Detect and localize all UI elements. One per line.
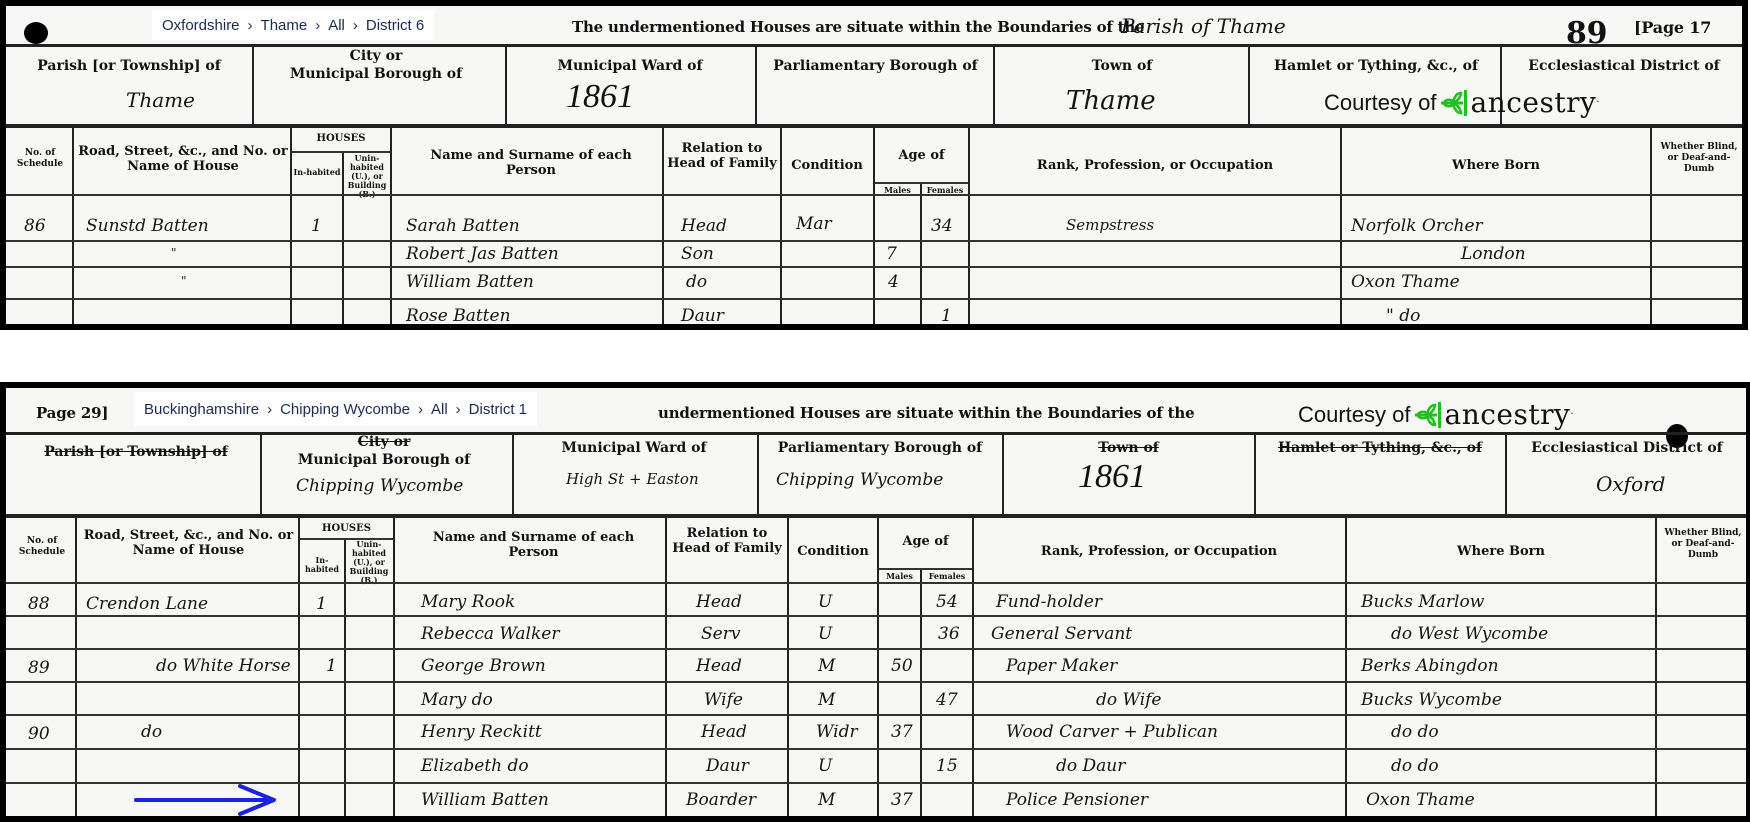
cell-schedule: 89 (28, 658, 50, 678)
ward-label: Municipal Ward of (510, 58, 750, 75)
cell-occupation: do Daur (1056, 756, 1125, 776)
divider (993, 46, 995, 124)
divider (787, 518, 789, 822)
col-inhabited: In-habited (300, 556, 344, 574)
col-occupation: Rank, Profession, or Occupation (974, 544, 1344, 559)
col-houses: HOUSES (292, 134, 390, 143)
cell-name: Elizabeth do (421, 756, 529, 776)
cell-male-age: 4 (888, 272, 899, 292)
cell-born: " do (1386, 306, 1420, 326)
cell-condition: M (818, 690, 835, 710)
breadcrumb-top: Oxfordshire › Thame › All › District 6 (152, 10, 434, 40)
breadcrumb-item-county[interactable]: Oxfordshire (162, 17, 240, 34)
cell-schedule: 88 (28, 594, 50, 614)
cell-born: London (1461, 244, 1526, 264)
divider (6, 266, 1742, 268)
cell-name: Rose Batten (406, 306, 511, 326)
cell-male-age: 50 (891, 656, 913, 676)
breadcrumb-item-all[interactable]: All (328, 17, 345, 34)
page-number: [Page 17 (1634, 18, 1711, 37)
ink-blot (24, 22, 48, 44)
divider (920, 182, 922, 330)
cell-relation: Serv (701, 624, 740, 644)
divider (6, 194, 1742, 196)
divider (6, 615, 1746, 617)
breadcrumb-item-place[interactable]: Chipping Wycombe (280, 401, 410, 418)
cell-male-age: 37 (891, 722, 913, 742)
divider (875, 182, 968, 184)
courtesy-ancestry: Courtesy of ancestry· (1298, 398, 1574, 431)
cell-female-age: 47 (936, 690, 958, 710)
cell-relation: Wife (704, 690, 743, 710)
ecclesiastical-value: Oxford (1596, 472, 1665, 496)
ancestry-brand: ancestry (1471, 86, 1597, 119)
year-value: 1861 (1078, 458, 1146, 496)
borough-label-top: City or (256, 48, 496, 65)
divider (252, 46, 254, 124)
borough-label-top: City or (264, 434, 504, 451)
cell-schedule: 90 (28, 724, 50, 744)
divider (1345, 518, 1347, 822)
col-blind: Whether Blind, or Deaf-and-Dumb (1654, 142, 1744, 175)
cell-condition: M (818, 656, 835, 676)
divider (505, 46, 507, 124)
col-name: Name and Surname of each Person (406, 148, 656, 178)
col-schedule: No. of Schedule (10, 536, 74, 558)
town-label: Town of (1006, 440, 1251, 457)
breadcrumb-item-district[interactable]: District 6 (366, 17, 424, 34)
col-condition: Condition (789, 544, 877, 559)
cell-relation: Head (696, 656, 742, 676)
cell-name: George Brown (421, 656, 546, 676)
cell-relation: Daur (706, 756, 749, 776)
cell-name: William Batten (406, 272, 534, 292)
chevron-right-icon: › (315, 17, 320, 34)
chevron-right-icon: › (353, 17, 358, 34)
col-uninhabited: Unin-habited (U.), or Building (B.) (344, 154, 390, 199)
divider (1002, 434, 1004, 514)
divider (6, 748, 1746, 750)
hamlet-label: Hamlet or Tything, &c., of (1252, 58, 1500, 75)
arrow-right-icon (132, 780, 282, 820)
cell-female-age: 34 (931, 216, 953, 236)
town-value: Thame (1066, 86, 1156, 116)
divider (1505, 434, 1507, 514)
parish-label: Parish [or Township] of (14, 58, 244, 75)
col-occupation: Rank, Profession, or Occupation (970, 158, 1340, 173)
cell-name: Robert Jas Batten (406, 244, 559, 264)
header-handwritten: Parish of Thame (1121, 14, 1286, 38)
cell-road: do (141, 722, 162, 742)
col-males: Males (879, 572, 920, 581)
col-blind: Whether Blind, or Deaf-and-Dumb (1658, 528, 1748, 561)
divider (972, 518, 974, 822)
year-value: 1861 (566, 78, 634, 116)
cell-born: do West Wycombe (1391, 624, 1548, 644)
cell-road: Crendon Lane (86, 594, 208, 614)
chevron-right-icon: › (456, 401, 461, 418)
census-image-top: Oxfordshire › Thame › All › District 6 T… (0, 0, 1748, 330)
courtesy-text: Courtesy of (1298, 402, 1411, 428)
col-born: Where Born (1342, 158, 1650, 173)
divider (6, 714, 1746, 716)
ancestry-leaf-icon (1413, 400, 1443, 430)
parish-value: Thame (126, 88, 195, 112)
cell-condition: Widr (816, 722, 858, 742)
cell-name: Rebecca Walker (421, 624, 559, 644)
cell-road: " (171, 246, 177, 260)
cell-inhabited: 1 (326, 656, 337, 676)
courtesy-text: Courtesy of (1324, 90, 1437, 116)
cell-occupation: Police Pensioner (1006, 790, 1148, 810)
divider (512, 434, 514, 514)
cell-name: Mary Rook (421, 592, 515, 612)
courtesy-ancestry: Courtesy of ancestry· (1324, 86, 1600, 119)
col-uninhabited: Unin-habited (U.), or Building (B.) (346, 540, 392, 585)
cell-born: Berks Abingdon (1361, 656, 1499, 676)
cell-occupation: do Wife (1096, 690, 1162, 710)
parliamentary-value: Chipping Wycombe (776, 470, 943, 490)
parliamentary-label: Parliamentary Borough of (761, 440, 999, 457)
divider (6, 582, 1746, 584)
cell-name: Henry Reckitt (421, 722, 542, 742)
cell-condition: U (818, 624, 832, 644)
col-houses: HOUSES (300, 524, 393, 533)
col-condition: Condition (782, 158, 872, 173)
col-born: Where Born (1347, 544, 1655, 559)
chevron-right-icon: › (248, 17, 253, 34)
col-females: Females (922, 572, 972, 581)
ward-label: Municipal Ward of (516, 440, 752, 457)
parish-label: Parish [or Township] of (16, 444, 256, 461)
divider (6, 681, 1746, 683)
cell-relation: Daur (681, 306, 724, 326)
page-header-text: The undermentioned Houses are situate wi… (572, 18, 1144, 36)
cell-relation: Head (701, 722, 747, 742)
divider (260, 434, 262, 514)
ancestry-leaf-icon (1439, 88, 1469, 118)
divider (75, 518, 77, 822)
col-relation: Relation to Head of Family (666, 141, 778, 171)
chevron-right-icon: › (418, 401, 423, 418)
cell-born: Bucks Wycombe (1361, 690, 1502, 710)
breadcrumb-bottom: Buckinghamshire › Chipping Wycombe › All… (134, 392, 537, 426)
breadcrumb-item-county[interactable]: Buckinghamshire (144, 401, 259, 418)
ecclesiastical-label: Ecclesiastical District of (1509, 440, 1745, 457)
col-name: Name and Surname of each Person (406, 530, 661, 560)
cell-female-age: 15 (936, 756, 958, 776)
cell-condition: U (818, 592, 832, 612)
ecclesiastical-label: Ecclesiastical District of (1504, 58, 1744, 75)
ancestry-brand: ancestry (1445, 398, 1571, 431)
borough-value: Chipping Wycombe (296, 476, 463, 496)
borough-label: Municipal Borough of (256, 66, 496, 83)
town-label: Town of (998, 58, 1246, 75)
cell-name: Mary do (421, 690, 493, 710)
borough-label: Municipal Borough of (264, 452, 504, 469)
col-road: Road, Street, &c., and No. or Name of Ho… (81, 528, 296, 558)
cell-born: Oxon Thame (1351, 272, 1460, 292)
cell-relation: Head (681, 216, 727, 236)
cell-female-age: 54 (936, 592, 958, 612)
divider (6, 514, 1746, 518)
cell-condition: U (818, 756, 832, 776)
divider (6, 648, 1746, 650)
col-road: Road, Street, &c., and No. or Name of Ho… (78, 144, 288, 174)
cell-female-age: 36 (938, 624, 960, 644)
divider (6, 44, 1742, 47)
cell-relation: Son (681, 244, 714, 264)
cell-schedule: 86 (24, 216, 46, 236)
cell-male-age: 7 (886, 244, 897, 264)
divider (6, 816, 1746, 818)
cell-condition: Mar (796, 214, 832, 234)
divider (1655, 518, 1657, 822)
chevron-right-icon: › (267, 401, 272, 418)
divider (393, 518, 395, 822)
col-inhabited: In-habited (292, 168, 342, 177)
breadcrumb-item-district[interactable]: District 1 (469, 401, 527, 418)
cell-born: Norfolk Orcher (1351, 216, 1483, 236)
cell-born: do do (1391, 756, 1439, 776)
cell-born: do do (1391, 722, 1439, 742)
cell-condition: M (818, 790, 835, 810)
cell-occupation: Sempstress (1066, 216, 1154, 234)
cell-name: Sarah Batten (406, 216, 520, 236)
page-header-text: undermentioned Houses are situate within… (658, 404, 1194, 422)
divider (6, 240, 1742, 242)
trademark-mark: · (1570, 409, 1573, 420)
divider (1254, 434, 1256, 514)
breadcrumb-item-all[interactable]: All (431, 401, 448, 418)
divider (757, 434, 759, 514)
divider (877, 518, 879, 822)
cell-female-age: 1 (941, 306, 952, 326)
census-image-bottom: Page 29] Buckinghamshire › Chipping Wyco… (0, 382, 1750, 822)
divider (1248, 46, 1250, 124)
cell-name: William Batten (421, 790, 549, 810)
divider (755, 46, 757, 124)
cell-road: " (181, 274, 187, 288)
cell-relation: Boarder (686, 790, 756, 810)
divider (665, 518, 667, 822)
cell-inhabited: 1 (316, 594, 327, 614)
cell-road: do White Horse (156, 656, 291, 676)
cell-occupation: Paper Maker (1006, 656, 1117, 676)
hamlet-label: Hamlet or Tything, &c., of (1258, 440, 1502, 457)
cell-occupation: Wood Carver + Publican (1006, 722, 1218, 742)
cell-relation: do (686, 272, 707, 292)
divider (6, 298, 1742, 300)
cell-born: Oxon Thame (1366, 790, 1475, 810)
col-relation: Relation to Head of Family (668, 526, 786, 556)
trademark-mark: · (1596, 97, 1599, 108)
cell-relation: Head (696, 592, 742, 612)
col-age: Age of (879, 534, 972, 549)
cell-occupation: General Servant (991, 624, 1132, 644)
col-schedule: No. of Schedule (10, 148, 70, 170)
divider (879, 568, 972, 570)
breadcrumb-item-place[interactable]: Thame (261, 17, 308, 34)
cell-inhabited: 1 (311, 216, 322, 236)
col-age: Age of (875, 148, 968, 163)
cell-born: Bucks Marlow (1361, 592, 1484, 612)
cell-road: Sunstd Batten (86, 216, 209, 236)
page-number: Page 29] (36, 404, 108, 422)
ward-value: High St + Easton (566, 470, 699, 488)
parliamentary-label: Parliamentary Borough of (758, 58, 993, 75)
cell-occupation: Fund-holder (996, 592, 1102, 612)
cell-male-age: 37 (891, 790, 913, 810)
